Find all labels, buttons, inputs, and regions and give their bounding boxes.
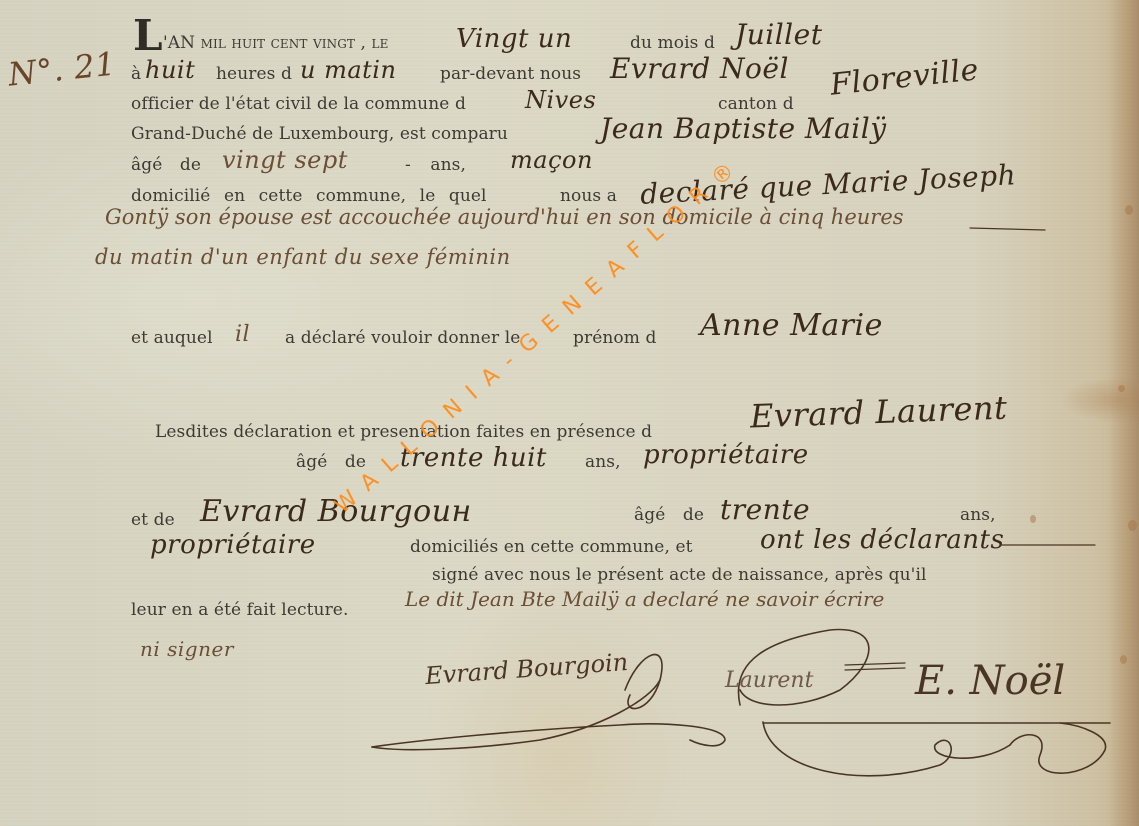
signature-flourishes <box>0 0 1139 826</box>
document-scan: N°. 21 L 'AN mil huit cent vingt , le Vi… <box>0 0 1139 826</box>
